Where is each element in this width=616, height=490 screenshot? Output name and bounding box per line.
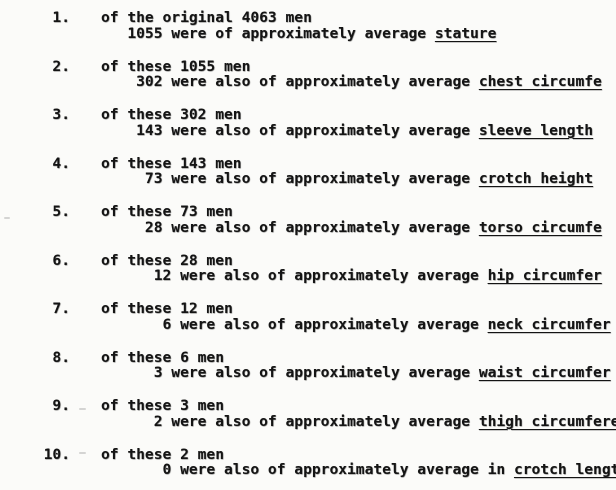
item-line1: of these 6 men	[101, 350, 616, 366]
item-line1: of these 28 men	[101, 253, 616, 269]
item-line2: 0 were also of approximately average in …	[101, 462, 616, 478]
item-number: 9.	[0, 398, 70, 414]
list-item: 2. of these 1055 men 302 were also of ap…	[0, 59, 616, 90]
item-line2: 302 were also of approximately average c…	[101, 74, 616, 90]
item-measurement-underlined: hip circumfer	[488, 267, 602, 284]
list-item: 5. of these 73 men 28 were also of appro…	[0, 204, 616, 235]
item-line2-text: 143 were also of approximately average	[101, 122, 479, 139]
item-line2-text: 3 were also of approximately average	[101, 364, 479, 381]
item-number: 5.	[0, 204, 70, 220]
list-item: 4. of these 143 men 73 were also of appr…	[0, 156, 616, 187]
item-line2-text: 12 were also of approximately average	[101, 267, 488, 284]
item-measurement-underlined: crotch length	[514, 461, 616, 478]
item-line2-text: 2 were also of approximately average	[101, 413, 479, 430]
item-number: 10.	[0, 447, 70, 463]
item-line2-text: 1055 were of approximately average	[101, 25, 435, 42]
item-line2: 12 were also of approximately average hi…	[101, 268, 616, 284]
item-line2: 3 were also of approximately average wai…	[101, 365, 616, 381]
item-line2-text: 302 were also of approximately average	[101, 73, 479, 90]
item-number: 7.	[0, 301, 70, 317]
list-item: 1. of the original 4063 men 1055 were of…	[0, 10, 616, 41]
scan-artifact	[79, 452, 86, 454]
list-item: 6. of these 28 men 12 were also of appro…	[0, 253, 616, 284]
item-measurement-underlined: thigh circumfere	[479, 413, 616, 430]
list-item: 8. of these 6 men 3 were also of approxi…	[0, 350, 616, 381]
item-line1: of these 143 men	[101, 156, 616, 172]
item-line2-text: 73 were also of approximately average	[101, 170, 479, 187]
item-number: 2.	[0, 59, 70, 75]
item-line2-text: 28 were also of approximately average	[101, 219, 479, 236]
list-item: 7. of these 12 men 6 were also of approx…	[0, 301, 616, 332]
item-line2: 6 were also of approximately average nec…	[101, 317, 616, 333]
scan-artifact	[4, 217, 10, 219]
item-number: 6.	[0, 253, 70, 269]
item-line1: of these 73 men	[101, 204, 616, 220]
item-measurement-underlined: stature	[435, 25, 497, 42]
item-line1: of these 3 men	[101, 398, 616, 414]
item-number: 1.	[0, 10, 70, 26]
item-line2: 73 were also of approximately average cr…	[101, 171, 616, 187]
scanned-document-page: 1. of the original 4063 men 1055 were of…	[0, 0, 616, 490]
item-line2: 143 were also of approximately average s…	[101, 123, 616, 139]
item-measurement-underlined: sleeve length	[479, 122, 593, 139]
item-line1: of these 2 men	[101, 447, 616, 463]
item-measurement-underlined: crotch height	[479, 170, 593, 187]
scan-artifact	[79, 408, 86, 410]
item-line1: of these 12 men	[101, 301, 616, 317]
item-line2-text: 6 were also of approximately average	[101, 316, 488, 333]
list-item: 9. of these 3 men 2 were also of approxi…	[0, 398, 616, 429]
item-measurement-underlined: waist circumfer	[479, 364, 611, 381]
item-line2-text: 0 were also of approximately average in	[101, 461, 514, 478]
item-line1: of these 302 men	[101, 107, 616, 123]
item-number: 8.	[0, 350, 70, 366]
item-line2: 2 were also of approximately average thi…	[101, 414, 616, 430]
item-line2: 28 were also of approximately average to…	[101, 220, 616, 236]
item-measurement-underlined: torso circumfe	[479, 219, 602, 236]
item-line2: 1055 were of approximately average statu…	[101, 26, 616, 42]
item-number: 4.	[0, 156, 70, 172]
item-measurement-underlined: chest circumfe	[479, 73, 602, 90]
item-line1: of these 1055 men	[101, 59, 616, 75]
item-line1: of the original 4063 men	[101, 10, 616, 26]
list-item: 10. of these 2 men 0 were also of approx…	[0, 447, 616, 478]
item-number: 3.	[0, 107, 70, 123]
item-measurement-underlined: neck circumfer	[488, 316, 611, 333]
list-item: 3. of these 302 men 143 were also of app…	[0, 107, 616, 138]
